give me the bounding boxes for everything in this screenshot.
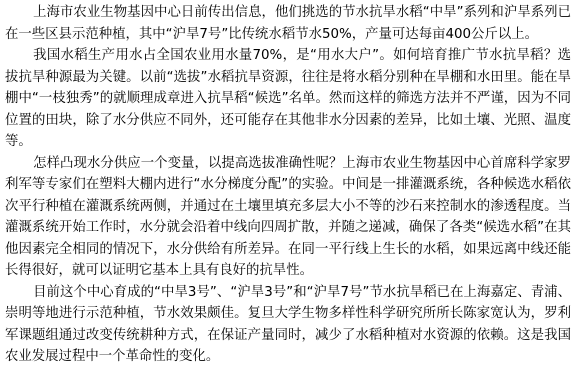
article-body: 上海市农业生物基因中心日前传出信息，他们挑选的节水抗旱水稻“中旱”系列和沪旱系列… xyxy=(5,2,571,368)
paragraph-results: 目前这个中心育成的“中旱3号”、“沪旱3号”和“沪旱7号”节水抗旱稻已在上海嘉定… xyxy=(5,282,571,368)
paragraph-water-usage: 我国水稻生产用水占全国农业用水量70%，是“用水大户”。如何培育推广节水抗旱稻？… xyxy=(5,45,571,153)
paragraph-gradient-experiment: 怎样凸现水分供应一个变量，以提高选拔准确性呢？上海市农业生物基因中心首席科学家罗… xyxy=(5,153,571,282)
paragraph-intro: 上海市农业生物基因中心日前传出信息，他们挑选的节水抗旱水稻“中旱”系列和沪旱系列… xyxy=(5,2,571,45)
